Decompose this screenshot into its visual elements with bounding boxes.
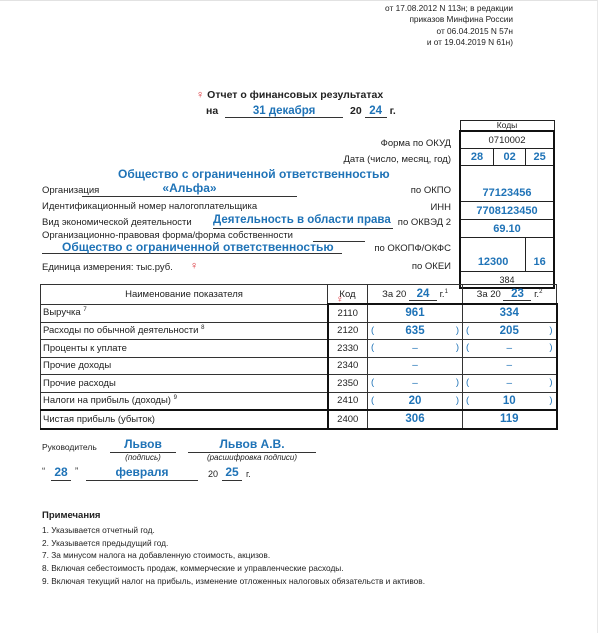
footnote-ref: 9 bbox=[174, 395, 177, 401]
unit-label: Единица измерения: тыс.руб. bbox=[42, 262, 173, 273]
previous-year-value-cell[interactable]: (205) bbox=[463, 322, 557, 340]
sign-month-field[interactable]: февраля bbox=[86, 465, 198, 481]
footnote-ref: 7 bbox=[83, 307, 86, 313]
paren-right: ) bbox=[549, 395, 552, 406]
okfs-field[interactable]: 16 bbox=[526, 238, 554, 272]
date-year-field[interactable]: 25 bbox=[526, 149, 554, 166]
current-year-value-cell[interactable]: (–) bbox=[368, 375, 463, 393]
paren-right: ) bbox=[456, 342, 459, 353]
okpo-field[interactable]: 77123456 bbox=[460, 166, 554, 202]
org-name-line1: Общество с ограниченной ответственностью bbox=[118, 167, 390, 181]
okpo-label: по ОКПО bbox=[411, 185, 451, 196]
okved-label: по ОКВЭД 2 bbox=[398, 217, 451, 228]
paren-left: ( bbox=[466, 325, 469, 336]
indicator-code: 2120 bbox=[328, 322, 368, 340]
indicator-name: Проценты к уплате bbox=[41, 340, 328, 358]
okved-field[interactable]: 69.10 bbox=[460, 220, 554, 238]
header-previous-year: За 20 23 г.2 bbox=[463, 285, 557, 305]
previous-year-value-cell[interactable]: 119 bbox=[463, 410, 557, 429]
quote-close: ” bbox=[75, 466, 78, 477]
report-title: ♀ Отчет о финансовых результатах bbox=[196, 89, 383, 101]
table-row: Налоги на прибыль (доходы) 92410(20)(10) bbox=[41, 392, 557, 410]
previous-year-value-cell[interactable]: 334 bbox=[463, 304, 557, 322]
current-year-value[interactable]: – bbox=[412, 343, 418, 354]
activity-field[interactable]: Деятельность в области права bbox=[213, 214, 393, 229]
paren-right: ) bbox=[456, 325, 459, 336]
paren-left: ( bbox=[466, 377, 469, 388]
previous-year-value-cell[interactable]: – bbox=[463, 357, 557, 375]
date-label: Дата (число, месяц, год) bbox=[343, 154, 451, 165]
financial-results-table: Наименование показателя Код ♀ За 20 24 г… bbox=[40, 284, 556, 430]
notes-heading: Примечания bbox=[42, 510, 425, 523]
okopf-field[interactable]: 12300 bbox=[460, 238, 526, 272]
sign-day-field[interactable]: 28 bbox=[51, 465, 71, 481]
current-year-value-cell[interactable]: (–) bbox=[368, 340, 463, 358]
inn-field[interactable]: 7708123450 bbox=[460, 202, 554, 220]
header-cur-prefix: За 20 bbox=[382, 289, 406, 300]
previous-year-value-cell[interactable]: (–) bbox=[463, 375, 557, 393]
regulation-note-line: и от 19.04.2019 N 61н) bbox=[385, 37, 513, 48]
okopf-label: по ОКОПФ/ОКФС bbox=[374, 243, 451, 254]
indicator-name-text: Чистая прибыль (убыток) bbox=[43, 414, 155, 425]
table-row: Выручка 72110961334 bbox=[41, 304, 557, 322]
header-code: Код ♀ bbox=[328, 285, 368, 305]
okud-code: 0710002 bbox=[460, 131, 554, 149]
previous-year-value-cell[interactable]: (–) bbox=[463, 340, 557, 358]
previous-year-value[interactable]: – bbox=[506, 378, 512, 389]
report-year-field[interactable]: 24 bbox=[365, 105, 387, 118]
current-year-value-cell[interactable]: 961 bbox=[368, 304, 463, 322]
report-date-field[interactable]: 31 декабря bbox=[225, 105, 343, 118]
indicator-name-text: Расходы по обычной деятельности bbox=[43, 325, 198, 336]
current-year-value[interactable]: 635 bbox=[405, 325, 424, 337]
paren-left: ( bbox=[466, 342, 469, 353]
current-year-value-cell[interactable]: (20) bbox=[368, 392, 463, 410]
pin-marker-icon[interactable]: ♀ bbox=[196, 89, 204, 101]
report-date-line: на 31 декабря 20 24 г. bbox=[206, 105, 396, 118]
signature-name-caption: (расшифровка подписи) bbox=[188, 453, 316, 462]
regulation-note-line: от 17.08.2012 N 113н; в редакции bbox=[385, 3, 513, 14]
report-title-text: Отчет о финансовых результатах bbox=[207, 89, 383, 101]
indicator-name-text: Налоги на прибыль (доходы) bbox=[43, 395, 171, 406]
current-year-value[interactable]: – bbox=[412, 378, 418, 389]
sign-year-suffix: г. bbox=[246, 469, 251, 479]
note-item: 7. За минусом налога на добавленную стои… bbox=[42, 549, 425, 562]
table-row: Расходы по обычной деятельности 82120(63… bbox=[41, 322, 557, 340]
sign-year-field[interactable]: 25 bbox=[222, 465, 242, 481]
previous-year-value-cell[interactable]: (10) bbox=[463, 392, 557, 410]
current-year-value-cell[interactable]: 306 bbox=[368, 410, 463, 429]
indicator-name-text: Выручка bbox=[43, 308, 81, 319]
indicator-code: 2350 bbox=[328, 375, 368, 393]
current-year-value[interactable]: – bbox=[412, 360, 418, 371]
signature-name-field[interactable]: Львов А.В. bbox=[188, 437, 316, 453]
signature-field[interactable]: Львов bbox=[110, 437, 176, 453]
paren-right: ) bbox=[549, 325, 552, 336]
head-label: Руководитель bbox=[42, 442, 97, 452]
current-year-value-cell[interactable]: (635) bbox=[368, 322, 463, 340]
activity-label: Вид экономической деятельности bbox=[42, 217, 192, 228]
indicator-name: Налоги на прибыль (доходы) 9 bbox=[41, 392, 328, 410]
notes-section: Примечания 1. Указывается отчетный год. … bbox=[42, 510, 425, 588]
paren-right: ) bbox=[456, 377, 459, 388]
regulation-note: от 17.08.2012 N 113н; в редакции приказо… bbox=[385, 3, 513, 48]
current-year-value[interactable]: 20 bbox=[409, 395, 422, 407]
paren-left: ( bbox=[466, 395, 469, 406]
indicator-code: 2410 bbox=[328, 392, 368, 410]
previous-year-value[interactable]: 334 bbox=[500, 307, 519, 319]
current-year-value[interactable]: 961 bbox=[405, 307, 424, 319]
inn-label: Идентификационный номер налогоплательщик… bbox=[42, 201, 257, 212]
header-cur-year-field[interactable]: 24 bbox=[409, 288, 437, 301]
header-prev-year-field[interactable]: 23 bbox=[503, 288, 531, 301]
regulation-note-line: приказов Минфина России bbox=[385, 14, 513, 25]
signature-caption: (подпись) bbox=[110, 453, 176, 462]
previous-year-value[interactable]: 205 bbox=[500, 325, 519, 337]
year-prefix: 20 bbox=[350, 105, 362, 117]
previous-year-value[interactable]: – bbox=[506, 360, 512, 371]
footnote-ref: 1 bbox=[445, 288, 448, 294]
indicator-code: 2110 bbox=[328, 304, 368, 322]
paren-left: ( bbox=[371, 342, 374, 353]
legal-form-field[interactable]: Общество с ограниченной ответственностью bbox=[42, 240, 342, 254]
indicator-name-text: Прочие доходы bbox=[43, 360, 111, 371]
indicator-code: 2330 bbox=[328, 340, 368, 358]
indicator-name: Чистая прибыль (убыток) bbox=[41, 410, 328, 429]
sign-year-prefix: 20 bbox=[208, 469, 218, 479]
indicator-name: Расходы по обычной деятельности 8 bbox=[41, 322, 328, 340]
footnote-ref: 8 bbox=[201, 325, 204, 331]
paren-right: ) bbox=[549, 342, 552, 353]
indicator-name: Прочие доходы bbox=[41, 357, 328, 375]
table-row: Чистая прибыль (убыток)2400306119 bbox=[41, 410, 557, 429]
footnote-ref: 2 bbox=[539, 288, 542, 294]
note-item: 2. Указывается предыдущий год. bbox=[42, 537, 425, 550]
indicator-name-text: Проценты к уплате bbox=[43, 343, 127, 354]
on-label: на bbox=[206, 105, 218, 117]
current-year-value[interactable]: 306 bbox=[405, 413, 424, 425]
indicator-name: Прочие расходы bbox=[41, 375, 328, 393]
paren-left: ( bbox=[371, 325, 374, 336]
header-current-year: За 20 24 г.1 bbox=[368, 285, 463, 305]
table-header-row: Наименование показателя Код ♀ За 20 24 г… bbox=[41, 285, 557, 305]
current-year-value-cell[interactable]: – bbox=[368, 357, 463, 375]
okei-label: по ОКЕИ bbox=[412, 261, 451, 272]
previous-year-value[interactable]: 119 bbox=[500, 413, 519, 425]
codes-box: Коды 0710002 28 02 25 77123456 770812345… bbox=[459, 120, 555, 289]
paren-left: ( bbox=[371, 377, 374, 388]
table-row: Прочие расходы2350(–)(–) bbox=[41, 375, 557, 393]
table-row: Проценты к уплате2330(–)(–) bbox=[41, 340, 557, 358]
previous-year-value[interactable]: – bbox=[506, 343, 512, 354]
indicator-code: 2340 bbox=[328, 357, 368, 375]
paren-right: ) bbox=[549, 377, 552, 388]
previous-year-value[interactable]: 10 bbox=[503, 395, 516, 407]
indicator-name-text: Прочие расходы bbox=[43, 378, 116, 389]
indicator-code: 2400 bbox=[328, 410, 368, 429]
codes-header: Коды bbox=[460, 121, 554, 132]
org-name-field[interactable]: «Альфа» bbox=[82, 181, 297, 197]
pin-marker-icon[interactable]: ♀ bbox=[336, 295, 344, 305]
header-indicator-name: Наименование показателя bbox=[41, 285, 328, 305]
year-suffix: г. bbox=[390, 105, 396, 117]
date-month-field[interactable]: 02 bbox=[493, 149, 525, 166]
inn-code-label: ИНН bbox=[430, 202, 451, 213]
paren-right: ) bbox=[456, 395, 459, 406]
regulation-note-line: от 06.04.2015 N 57н bbox=[385, 26, 513, 37]
okud-label: Форма по ОКУД bbox=[381, 138, 451, 149]
note-item: 8. Включая себестоимость продаж, коммерч… bbox=[42, 562, 425, 575]
note-item: 1. Указывается отчетный год. bbox=[42, 524, 425, 537]
pin-marker-icon[interactable]: ♀ bbox=[190, 261, 198, 272]
note-item: 9. Включая текущий налог на прибыль, изм… bbox=[42, 575, 425, 588]
paren-left: ( bbox=[371, 395, 374, 406]
header-prev-prefix: За 20 bbox=[477, 289, 501, 300]
quote-open: “ bbox=[42, 466, 45, 477]
indicator-name: Выручка 7 bbox=[41, 304, 328, 322]
table-row: Прочие доходы2340–– bbox=[41, 357, 557, 375]
date-day-field[interactable]: 28 bbox=[460, 149, 493, 166]
